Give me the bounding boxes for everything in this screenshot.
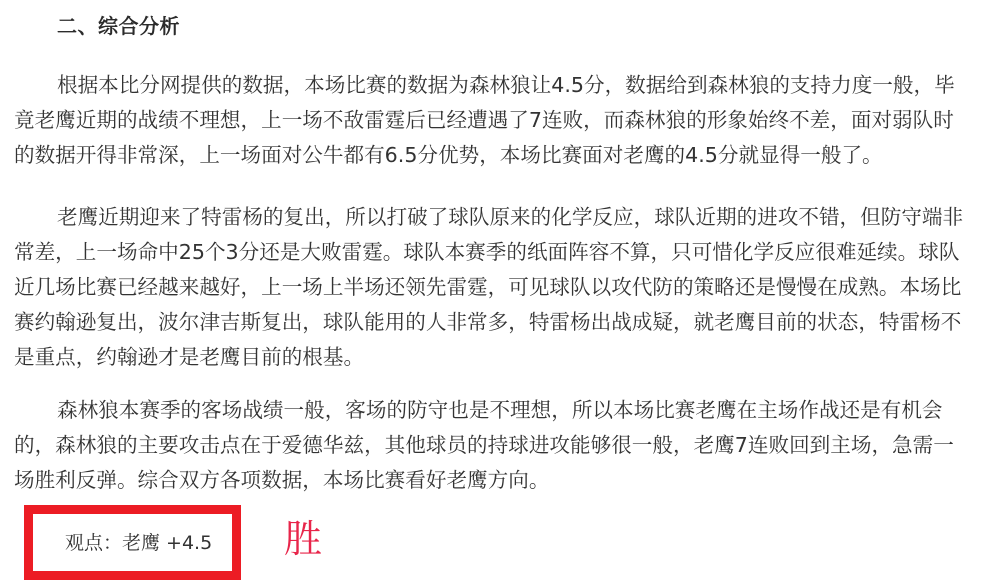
verdict-box: 观点：老鹰 +4.5 <box>24 505 241 580</box>
paragraph-hawks-analysis: 老鹰近期迎来了特雷杨的复出，所以打破了球队原来的化学反应，球队近期的进攻不错，但… <box>14 200 984 375</box>
paragraph-line: 近几场比赛已经越来越好，上一场上半场还领先雷霆，可见球队以攻代防的策略还是慢慢在… <box>14 270 984 305</box>
paragraph-line: 的数据开得非常深，上一场面对公牛都有6.5分优势，本场比赛面对老鹰的4.5分就显… <box>14 138 984 173</box>
paragraph-line: 常差，上一场命中25个3分还是大败雷霆。球队本赛季的纸面阵容不算，只可惜化学反应… <box>14 235 984 270</box>
paragraph-line: 森林狼本赛季的客场战绩一般，客场的防守也是不理想，所以本场比赛老鹰在主场作战还是… <box>14 393 984 428</box>
paragraph-line: 场胜利反弹。综合双方各项数据，本场比赛看好老鹰方向。 <box>14 463 984 498</box>
result-mark: 胜 <box>284 516 322 562</box>
paragraph-line: 老鹰近期迎来了特雷杨的复出，所以打破了球队原来的化学反应，球队近期的进攻不错，但… <box>14 200 984 235</box>
section-heading: 二、综合分析 <box>57 11 180 41</box>
paragraph-line: 是重点，约翰逊才是老鹰目前的根基。 <box>14 340 984 375</box>
paragraph-line: 竟老鹰近期的战绩不理想，上一场不敌雷霆后已经遭遇了7连败，而森林狼的形象始终不差… <box>14 103 984 138</box>
verdict-label: 观点：老鹰 +4.5 <box>65 528 212 558</box>
paragraph-line: 的，森林狼的主要攻击点在于爱德华兹，其他球员的持球进攻能够很一般，老鹰7连败回到… <box>14 428 984 463</box>
paragraph-timberwolves-analysis: 森林狼本赛季的客场战绩一般，客场的防守也是不理想，所以本场比赛老鹰在主场作战还是… <box>14 393 984 498</box>
paragraph-odds-analysis: 根据本比分网提供的数据，本场比赛的数据为森林狼让4.5分，数据给到森林狼的支持力… <box>14 68 984 173</box>
paragraph-line: 赛约翰逊复出，波尔津吉斯复出，球队能用的人非常多，特雷杨出战成疑，就老鹰目前的状… <box>14 305 984 340</box>
paragraph-line: 根据本比分网提供的数据，本场比赛的数据为森林狼让4.5分，数据给到森林狼的支持力… <box>14 68 984 103</box>
